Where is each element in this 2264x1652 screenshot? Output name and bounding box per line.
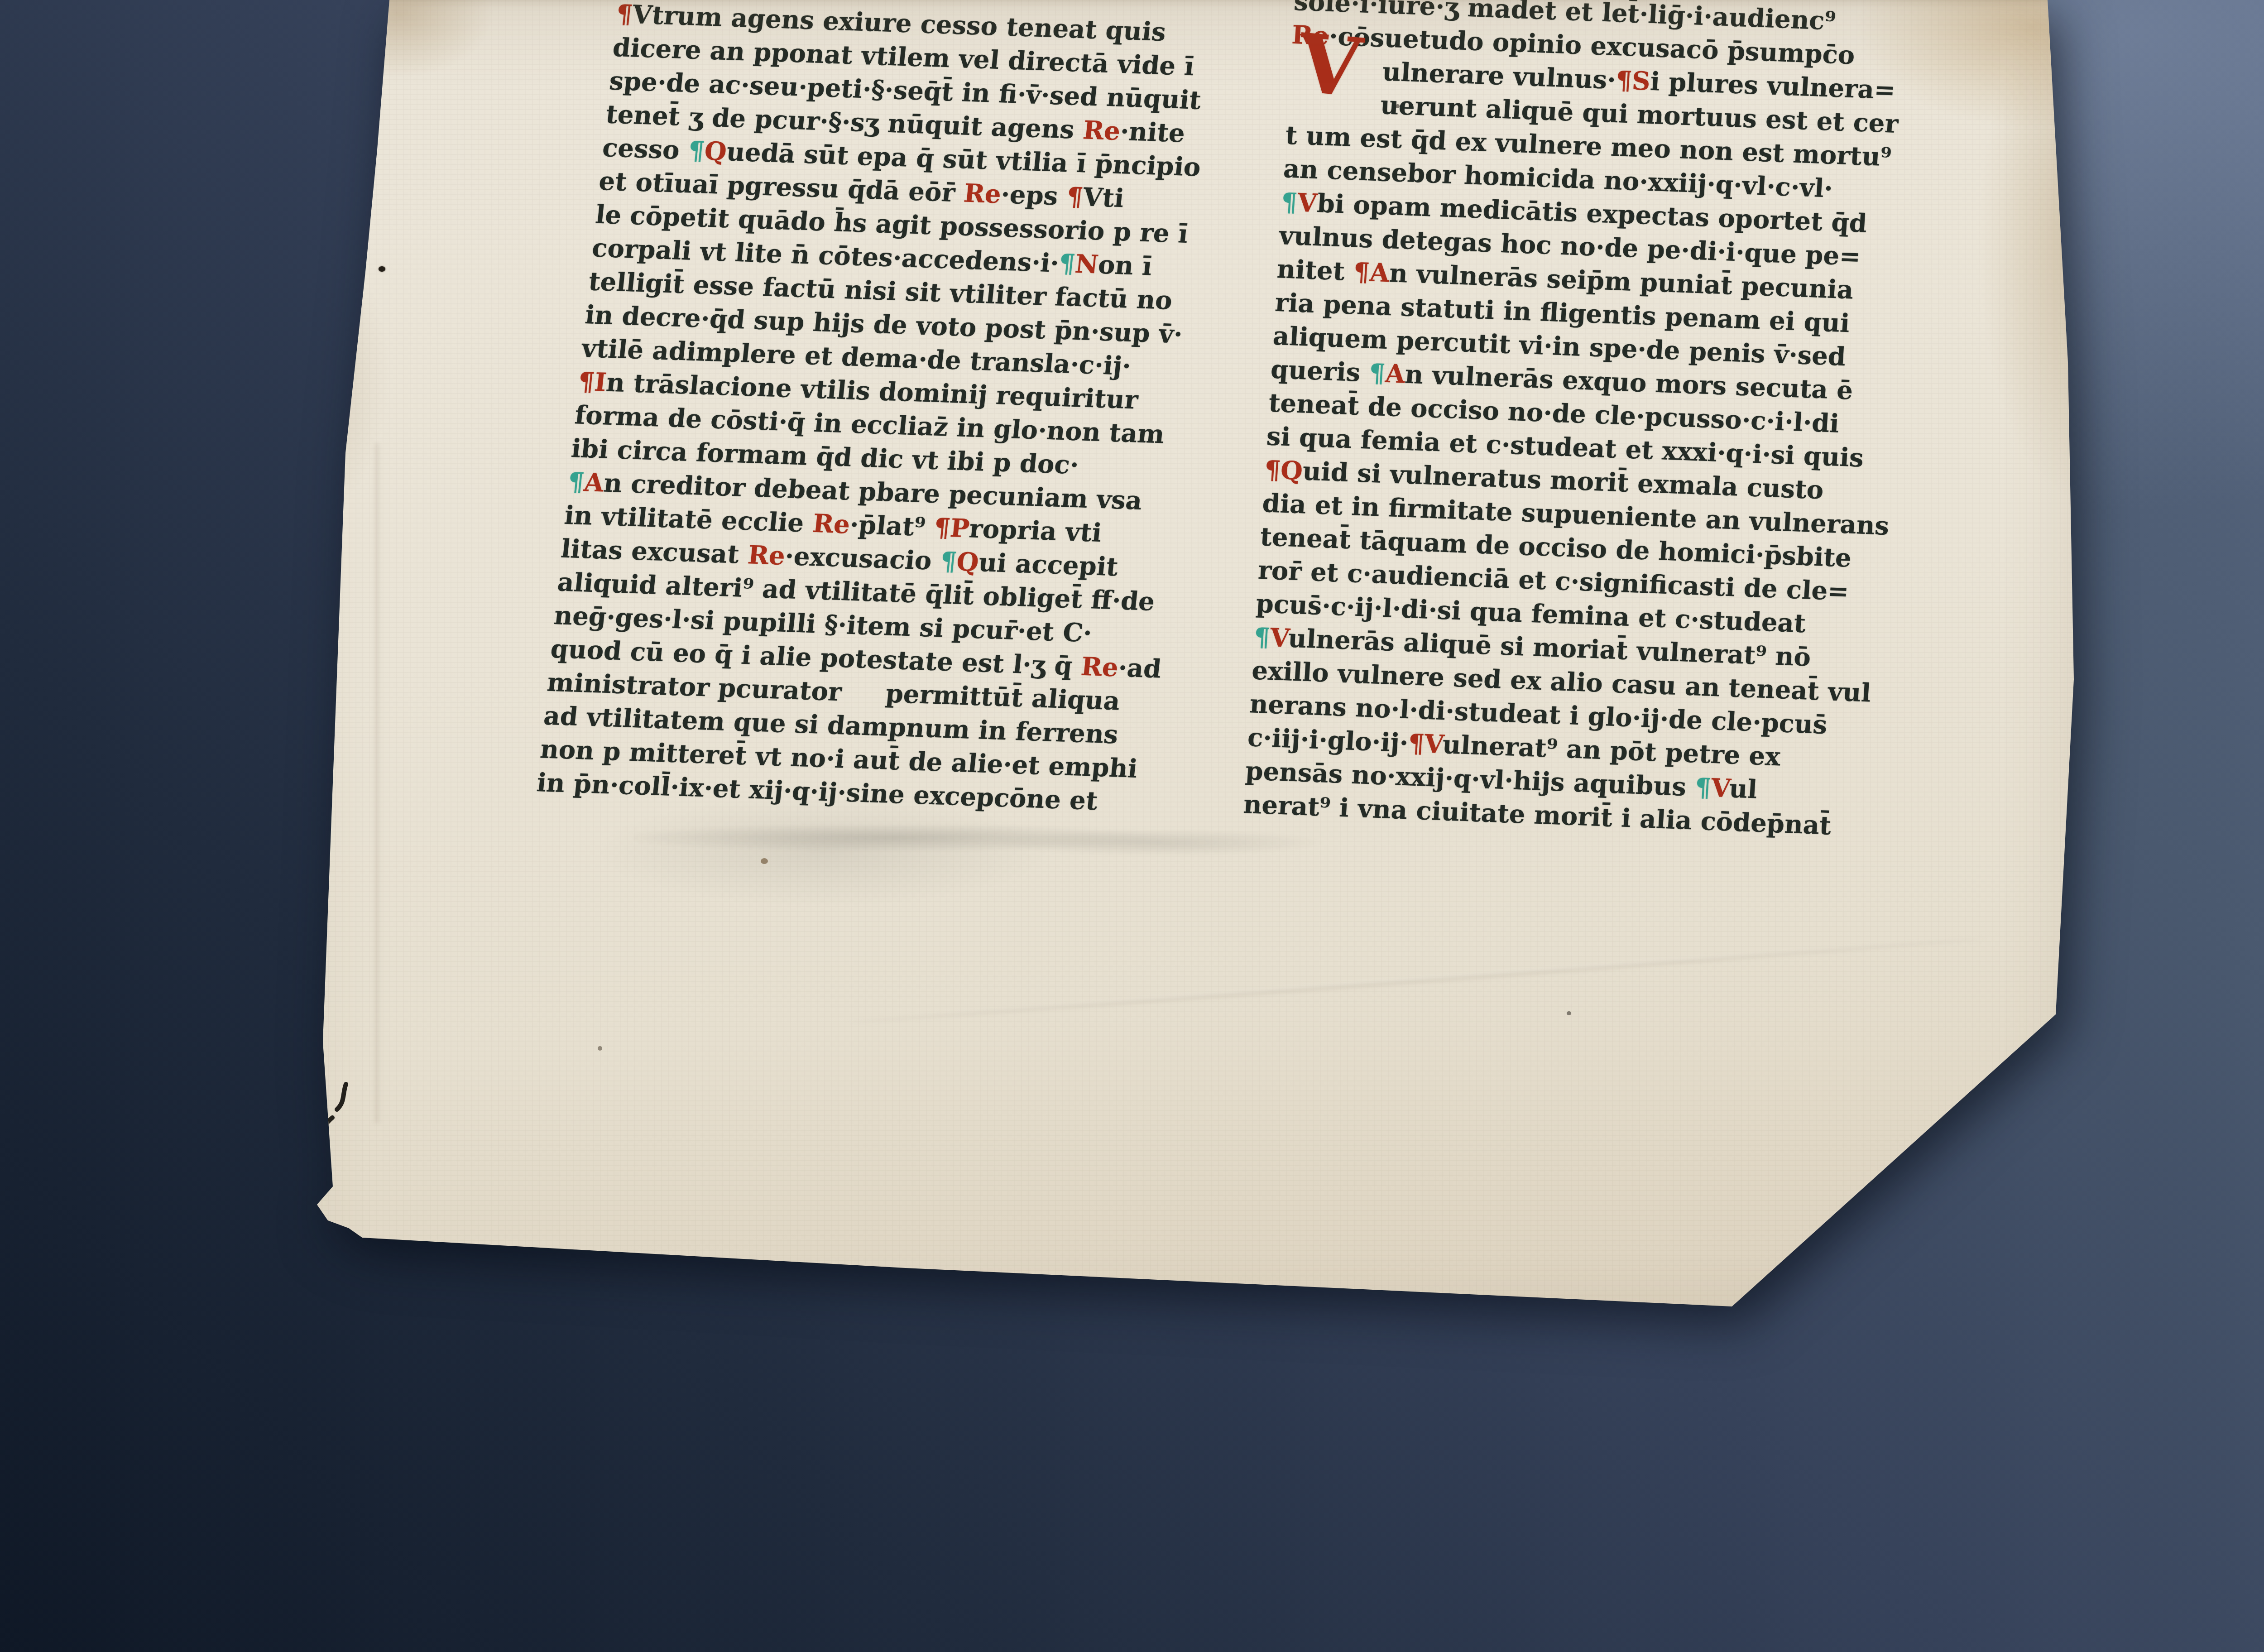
text-column-left: ¶Vtrum agens exiure cesso teneat quisdic… — [535, 0, 1324, 823]
rubric-segment: ¶ — [1368, 358, 1386, 389]
rubric-segment: ¶ — [1694, 773, 1712, 803]
text-segment: cesso — [601, 133, 690, 165]
manuscript-leaf: ¶Vtrum agens exiure cesso teneat quisdic… — [281, 0, 2087, 1340]
text-segment: ul — [1728, 773, 1758, 804]
rubric-segment: ¶S — [1615, 65, 1651, 96]
rubric-segment: N — [1074, 249, 1100, 280]
rubric-segment: Q — [955, 547, 980, 577]
rubric-segment: ¶V — [1407, 728, 1444, 759]
parchment-crease — [848, 936, 1986, 1025]
rubric-segment: ¶I — [577, 367, 608, 398]
text-segment: queris — [1270, 355, 1370, 388]
fox-spot — [1396, 104, 1400, 108]
text-segment: ·eps — [999, 179, 1068, 211]
wormhole — [379, 266, 385, 272]
rubric-segment: A — [1384, 359, 1406, 389]
rubric-segment: Q — [703, 136, 728, 167]
drop-cap-initial: V — [1294, 27, 1365, 105]
rubric-segment: V — [1269, 623, 1289, 653]
rubric-segment: ¶P — [933, 513, 971, 543]
text-segment: ropria vti — [968, 514, 1103, 548]
text-segment: litas excusat — [560, 534, 749, 570]
text-segment: ui accepit — [977, 547, 1120, 582]
rubric-segment: Re — [746, 540, 787, 571]
rubric-segment: ¶ — [1281, 187, 1299, 217]
text-segment: in vtilitatē ecclie — [563, 500, 814, 538]
text-segment: ·ad — [1117, 653, 1163, 684]
rubric-segment: ¶A — [1353, 257, 1390, 288]
photo-backdrop: ¶Vtrum agens exiure cesso teneat quisdic… — [0, 0, 2264, 1652]
pen-trial-mark-icon — [304, 1080, 372, 1181]
rubric-segment: Re — [1079, 652, 1120, 683]
rubric-segment: Re — [962, 178, 1002, 210]
text-segment: nitet — [1276, 254, 1354, 287]
text-column-right: sole·i·iure·ʒ madet et let̄·liḡ·i·audien… — [1242, 0, 2037, 848]
text-segment: ·nite — [1119, 116, 1187, 149]
fox-spot — [598, 1046, 602, 1051]
rubric-segment: A — [583, 467, 605, 498]
page-shadow-wrap: ¶Vtrum agens exiure cesso teneat quisdic… — [0, 0, 2264, 1652]
rubric-segment: ¶Q — [1264, 455, 1304, 486]
text-segment: on ī — [1097, 250, 1154, 282]
rubric-segment: V — [1296, 188, 1318, 218]
text-segment: ·p̄lat⁹ — [849, 510, 936, 543]
fox-spot — [761, 858, 768, 864]
parchment-crease-left — [376, 444, 380, 1123]
text-segment: Vti — [1081, 182, 1125, 213]
rubric-segment: Re — [811, 509, 851, 540]
rubric-segment: V — [1710, 773, 1730, 803]
fox-spot — [1567, 1011, 1571, 1015]
rubric-segment: ¶ — [1253, 622, 1271, 653]
text-segment: ·excusacio — [783, 541, 942, 576]
text-segment: c·iij·i·glo·ij· — [1247, 722, 1409, 758]
rubric-segment: Re — [1081, 115, 1122, 146]
ink-smudge — [634, 825, 1381, 857]
